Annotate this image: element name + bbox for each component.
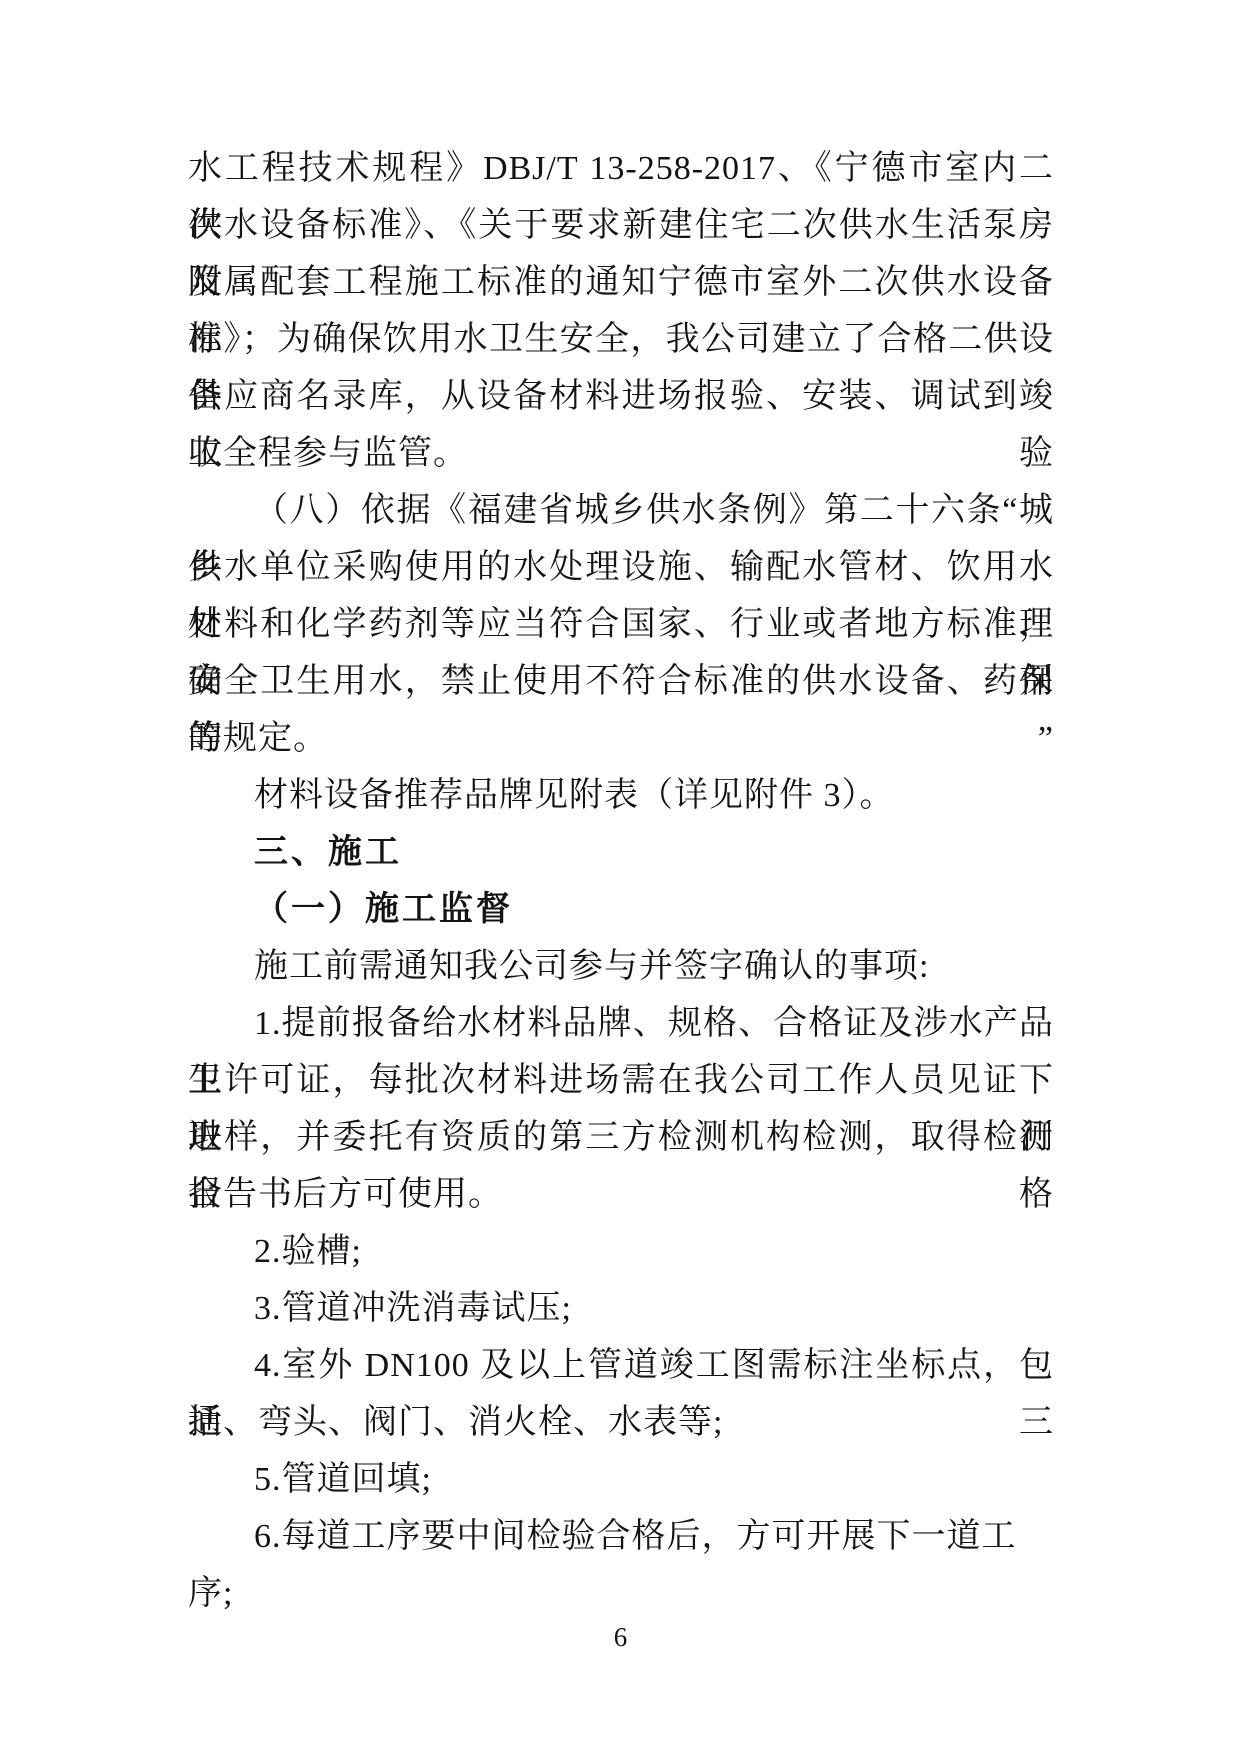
list-item-line: 5.管道回填; bbox=[188, 1451, 1054, 1508]
text-line: 供水单位采购使用的水处理设施、输配水管材、饮用水处理 bbox=[188, 539, 1054, 596]
list-item-line: 6.每道工序要中间检验合格后，方可开展下一道工序; bbox=[188, 1508, 1054, 1565]
document-page: 水工程技术规程》DBJ/T 13-258-2017、《宁德市室内二次 供水设备标… bbox=[0, 0, 1241, 1754]
section-heading: 三、施工 bbox=[188, 824, 1054, 881]
list-item-line: 4.室外 DN100 及以上管道竣工图需标注坐标点，包括三 bbox=[188, 1337, 1054, 1394]
text-line: 准》；为确保饮用水卫生安全，我公司建立了合格二供设备 bbox=[188, 311, 1054, 368]
text-block: 水工程技术规程》DBJ/T 13-258-2017、《宁德市室内二次 供水设备标… bbox=[188, 140, 1054, 1565]
text-line: 水工程技术规程》DBJ/T 13-258-2017、《宁德市室内二次 bbox=[188, 140, 1054, 197]
text-line: 供应商名录库，从设备材料进场报验、安装、调试到竣工验 bbox=[188, 368, 1054, 425]
text-line: 材料设备推荐品牌见附表（详见附件 3）。 bbox=[188, 767, 1054, 824]
text-line: 取样，并委托有资质的第三方检测机构检测，取得检测合格 bbox=[188, 1109, 1054, 1166]
text-line: 供水设备标准》、《关于要求新建住宅二次供水生活泵房及 bbox=[188, 197, 1054, 254]
subsection-heading: （一）施工监督 bbox=[188, 881, 1054, 938]
text-line: （八）依据《福建省城乡供水条例》第二十六条“城乡 bbox=[188, 482, 1054, 539]
text-line: 施工前需通知我公司参与并签字确认的事项: bbox=[188, 938, 1054, 995]
text-line: 材料和化学药剂等应当符合国家、行业或者地方标准，确保 bbox=[188, 596, 1054, 653]
text-line: 1.提前报备给水材料品牌、规格、合格证及涉水产品卫 bbox=[188, 995, 1054, 1052]
page-number: 6 bbox=[0, 1622, 1241, 1652]
text-line: 生许可证，每批次材料进场需在我公司工作人员见证下进行 bbox=[188, 1052, 1054, 1109]
text-line: 附属配套工程施工标准的通知宁德市室外二次供水设备标 bbox=[188, 254, 1054, 311]
text-line: 安全卫生用水，禁止使用不符合标准的供水设备、药剂等” bbox=[188, 653, 1054, 710]
list-item-line: 3.管道冲洗消毒试压; bbox=[188, 1280, 1054, 1337]
list-item-line: 2.验槽; bbox=[188, 1223, 1054, 1280]
